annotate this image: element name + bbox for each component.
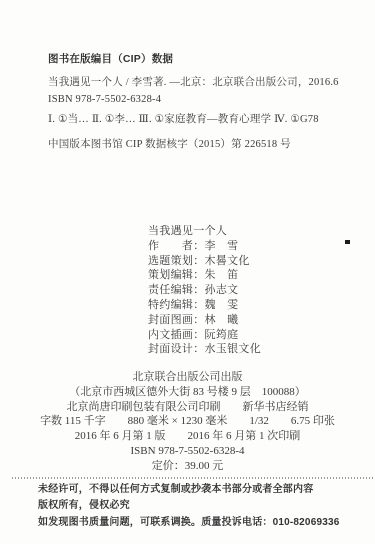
credit-colon: ：: [193, 255, 204, 267]
credit-value: 李 雪: [205, 240, 239, 252]
credit-value: 魏 雯: [205, 299, 239, 311]
cip-classification-line: Ⅰ. ①当… Ⅱ. ①李… Ⅲ. ①家庭教育—教育心理学 Ⅳ. ①G78: [48, 111, 319, 126]
cip-title-author-line: 当我遇见一个人 / 李雪著. —北京：北京联合出版公司，2016.6: [48, 74, 339, 89]
credit-label: 封面设计: [148, 343, 193, 355]
credit-value: 木晷文化: [205, 255, 250, 267]
price-line: 定价：39.00 元: [0, 459, 375, 474]
all-rights-reserved-line: 版权所有，侵权必究: [38, 498, 340, 514]
copyright-restriction-line: 未经许可，不得以任何方式复制或抄袭本书部分或者全部内容: [38, 482, 340, 498]
publication-block: 北京联合出版公司出版 （北京市西城区德外大街 83 号楼 9 层 100088）…: [0, 370, 375, 473]
credit-row-cover-design: 封面设计：水玉银文化: [148, 342, 261, 357]
credit-label: 策划编辑: [148, 269, 193, 281]
credit-row-planning-editor: 策划编辑：朱 笛: [148, 268, 261, 283]
credit-colon: ：: [193, 343, 204, 355]
credit-row-author: 作 者：李 雪: [148, 239, 261, 254]
credit-label: 内文插画: [148, 329, 193, 341]
credit-value: 林 曦: [205, 314, 239, 326]
credit-row-contributing-editor: 特约编辑：魏 雯: [148, 298, 261, 313]
credit-colon: ：: [193, 240, 204, 252]
book-title: 当我遇见一个人: [148, 224, 261, 239]
credit-value: 朱 笛: [205, 269, 239, 281]
credit-label: 责任编辑: [148, 284, 193, 296]
quality-hotline-line: 如发现图书质量问题，可联系调换。质量投诉电话：010-82069336: [38, 515, 340, 531]
publisher-line: 北京联合出版公司出版: [0, 370, 375, 385]
format-line: 字数 115 千字 880 毫米 × 1230 毫米 1/32 6.75 印张: [0, 414, 375, 429]
printer-distributor-line: 北京尚唐印刷包装有限公司印刷 新华书店经销: [0, 400, 375, 415]
credit-value: 水玉银文化: [205, 343, 262, 355]
cip-registration-line: 中国版本图书馆 CIP 数据核字（2015）第 226518 号: [48, 136, 291, 151]
credit-colon: ：: [193, 284, 204, 296]
credit-label: 封面图画: [148, 314, 193, 326]
dotted-separator: [12, 477, 373, 479]
book-copyright-page: { "page": { "background": "#fdfdfc", "te…: [0, 0, 375, 544]
credit-row-interior-illustration: 内文插画：阮筠庭: [148, 328, 261, 343]
isbn-line: ISBN 978-7-5502-6328-4: [0, 444, 375, 459]
credit-label: 作 者: [148, 240, 193, 252]
cip-isbn-line: ISBN 978-7-5502-6328-4: [48, 94, 161, 105]
credit-colon: ：: [193, 314, 204, 326]
edition-printing-line: 2016 年 6 月第 1 版 2016 年 6 月第 1 次印刷: [0, 429, 375, 444]
credit-value: 孙志文: [205, 284, 239, 296]
publisher-address-line: （北京市西城区德外大街 83 号楼 9 层 100088）: [0, 385, 375, 400]
credit-label: 选题策划: [148, 255, 193, 267]
credit-row-topic-planning: 选题策划：木晷文化: [148, 254, 261, 269]
credit-row-cover-art: 封面图画：林 曦: [148, 313, 261, 328]
credit-value: 阮筠庭: [205, 329, 239, 341]
credits-block: 当我遇见一个人 作 者：李 雪 选题策划：木晷文化 策划编辑：朱 笛 责任编辑：…: [148, 224, 261, 357]
credit-colon: ：: [193, 329, 204, 341]
credit-row-responsible-editor: 责任编辑：孙志文: [148, 283, 261, 298]
credit-label: 特约编辑: [148, 299, 193, 311]
credit-colon: ：: [193, 269, 204, 281]
credit-colon: ：: [193, 299, 204, 311]
cip-header: 图书在版编目（CIP）数据: [48, 51, 173, 66]
notice-block: 未经许可，不得以任何方式复制或抄袭本书部分或者全部内容 版权所有，侵权必究 如发…: [38, 482, 340, 531]
ink-dot-mark: [345, 240, 350, 244]
